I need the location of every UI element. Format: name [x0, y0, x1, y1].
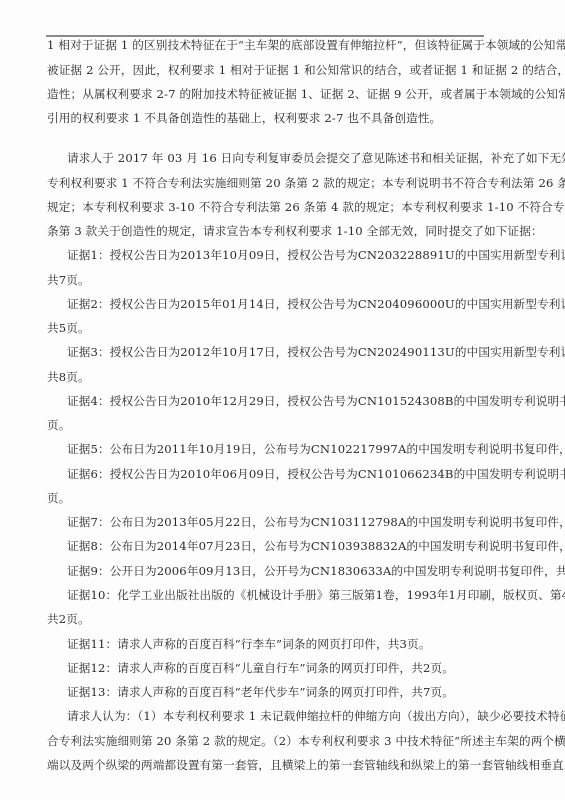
text-line: 证据13：请求人声称的百度百科“老年代步车”词条的网页打印件，共7页。: [67, 683, 484, 701]
text-line: 证据5：公布日为2011年10月19日，公布号为CN102217997A的中国发…: [67, 440, 484, 458]
text-line: 证据1：授权公告日为2013年10月09日，授权公告号为CN203228891U…: [67, 246, 484, 264]
text-line: 请求人于 2017 年 03 月 16 日向专利复审委员会提交了意见陈述书和相关…: [67, 149, 484, 167]
text-line: 规定；本专利权利要求 3-10 不符合专利法第 26 条第 4 款的规定；本专利…: [47, 198, 484, 216]
text-line: 页。: [47, 489, 484, 507]
text-line: 证据3：授权公告日为2012年10月17日，授权公告号为CN202490113U…: [67, 343, 484, 361]
text-line: 证据11：请求人声称的百度百科“行李车”词条的网页打印件，共3页。: [67, 635, 484, 653]
text-line: 请求人认为：（1）本专利权利要求 1 未记载伸缩拉杆的伸缩方向（拔出方向），缺少…: [67, 707, 484, 725]
text-line: 共7页。: [47, 271, 484, 289]
text-line: 造性；从属权利要求 2-7 的附加技术特征被证据 1、证据 2、证据 9 公开，…: [47, 85, 484, 103]
text-line: 条第 3 款关于创造性的规定，请求宣告本专利权利要求 1-10 全部无效，同时提…: [47, 222, 484, 240]
text-line: 合专利法实施细则第 20 条第 2 款的规定。（2）本专利权利要求 3 中技术特…: [47, 732, 484, 750]
text-line: 引用的权利要求 1 不具备创造性的基础上，权利要求 2-7 也不具备创造性。: [47, 109, 484, 127]
text-line: 证据6：授权公告日为2010年06月09日，授权公告号为CN101066234B…: [67, 465, 484, 483]
text-line: 端以及两个纵梁的两端都设置有第一套管，且横梁上的第一套管轴线和纵梁上的第一套管轴…: [47, 756, 484, 774]
text-line: 共2页。: [47, 610, 484, 628]
text-line: 1 相对于证据 1 的区别技术特征在于“主车架的底部设置有伸缩拉杆”，但该特征属…: [47, 36, 484, 54]
text-line: 证据12：请求人声称的百度百科“儿童自行车”词条的网页打印件，共2页。: [67, 659, 484, 677]
text-line: 证据4：授权公告日为2010年12月29日，授权公告号为CN101524308B…: [67, 392, 484, 410]
text-line: 共8页。: [47, 368, 484, 386]
text-line: 证据2：授权公告日为2015年01月14日，授权公告号为CN204096000U…: [67, 295, 484, 313]
text-line: 专利权利要求 1 不符合专利法实施细则第 20 条第 2 款的规定；本专利说明书…: [47, 174, 484, 192]
text-line: 共5页。: [47, 319, 484, 337]
text-line: 证据9：公开日为2006年09月13日，公开号为CN1830633A的中国发明专…: [67, 562, 484, 580]
document-page: 1 相对于证据 1 的区别技术特征在于“主车架的底部设置有伸缩拉杆”，但该特征属…: [0, 0, 565, 800]
text-line: 证据10：化学工业出版社出版的《机械设计手册》第三版第1卷，1993年1月印刷，…: [67, 586, 484, 604]
text-line: 证据7：公布日为2013年05月22日，公布号为CN103112798A的中国发…: [67, 513, 484, 531]
text-line: 页。: [47, 416, 484, 434]
text-line: 证据8：公布日为2014年07月23日，公布号为CN103938832A的中国发…: [67, 537, 484, 555]
text-line: 被证据 2 公开，因此，权利要求 1 相对于证据 1 和公知常识的结合，或者证据…: [47, 61, 484, 79]
